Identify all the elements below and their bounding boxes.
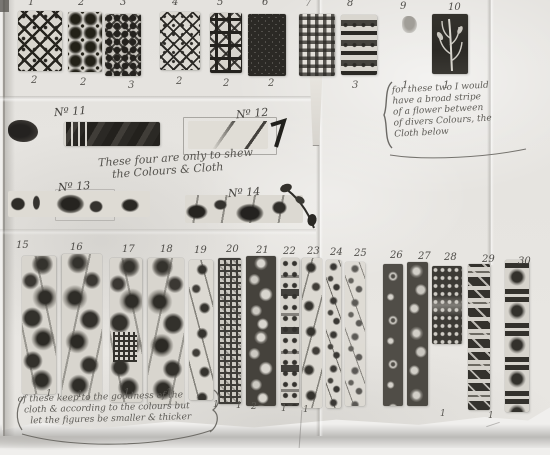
strip-number: 16 (70, 242, 83, 253)
fabric-swatch-5 (210, 13, 242, 73)
strip-number: 22 (283, 246, 296, 257)
floral-sprig-graphic (432, 14, 468, 74)
swatch-count: 2 (176, 76, 182, 87)
right-note: for these two I would have a broad strip… (392, 78, 535, 140)
strip-number: 17 (122, 244, 135, 255)
swatch-number: 8 (347, 0, 353, 9)
top-left-corner-mark (0, 0, 9, 12)
swatch-number: 7 (305, 0, 311, 9)
label-no-14: Nº 14 (228, 185, 261, 200)
ink-mark (268, 118, 288, 150)
fabric-strip-13 (8, 191, 150, 217)
strip-number: 23 (307, 246, 320, 257)
swatch-number: 6 (262, 0, 268, 8)
strip-number: 28 (444, 252, 457, 263)
fabric-swatch-6 (248, 14, 286, 76)
fabric-strip-18 (148, 258, 184, 404)
fabric-strip-19 (189, 260, 213, 400)
strip-count: 2 (251, 402, 257, 412)
strip-number: 20 (226, 244, 239, 255)
fabric-strip-28 (432, 266, 462, 344)
fabric-swatch-1 (18, 11, 62, 71)
label-no-13: Nº 13 (58, 179, 91, 194)
fabric-swatch-2 (68, 12, 102, 72)
fabric-strip-25 (345, 262, 365, 406)
strip-number: 19 (194, 245, 207, 256)
strip-count: 1 (303, 405, 309, 415)
swatch-count: 2 (31, 75, 37, 86)
strip-number: 18 (160, 244, 173, 255)
label-no-11: Nº 11 (54, 104, 87, 119)
fabric-strip-11 (64, 122, 160, 146)
strip-number: 30 (518, 256, 531, 267)
fabric-swatch-10 (432, 14, 468, 74)
strip-number: 24 (330, 247, 343, 258)
fabric-strip-22 (281, 258, 299, 406)
fabric-swatch-12 (188, 121, 268, 149)
fabric-strip-29 (468, 264, 490, 410)
swatch-number: 1 (28, 0, 34, 8)
horizontal-crease-lower (0, 229, 316, 235)
page-left-shadow (5, 0, 15, 436)
fabric-strip-23 (302, 258, 322, 408)
bottom-note: of these keep to the goodness of the clo… (18, 389, 219, 427)
strip-number: 25 (354, 248, 367, 259)
fabric-strip-21 (246, 256, 276, 406)
swatch-count: 3 (352, 80, 358, 91)
fabric-strip-26 (383, 264, 403, 406)
strip-17-check-patch (113, 332, 137, 362)
fabric-swatch-7 (299, 14, 335, 76)
strip-14-sprig-graphic (276, 176, 322, 234)
strip-number: 15 (16, 240, 29, 251)
fabric-swatch-4 (160, 12, 200, 70)
fabric-swatch-3 (105, 14, 141, 76)
strip-count: 1 (281, 404, 287, 414)
fabric-strip-15 (22, 256, 56, 394)
strip-number: 29 (482, 254, 495, 265)
horizontal-crease-upper (0, 96, 320, 102)
fabric-swatch-9-remnant (402, 16, 417, 33)
fabric-strip-20 (218, 258, 241, 404)
fabric-strip-27 (407, 262, 428, 406)
swatch-count: 2 (268, 78, 274, 89)
strip-number: 27 (418, 251, 431, 262)
strip-count: 1 (236, 401, 242, 411)
note-underline (388, 146, 528, 162)
fabric-strip-17 (110, 258, 142, 402)
swatch-number: 10 (448, 2, 461, 13)
fabric-strip-24 (326, 260, 341, 408)
strip-count: 1 (488, 411, 494, 421)
scanned-swatch-page: 1 2 3 4 5 6 7 8 9 10 2 2 3 2 2 2 3 1 1 N… (0, 0, 550, 455)
swatch-number: 4 (172, 0, 178, 8)
swatch-number: 5 (217, 0, 223, 8)
swatch-count: 2 (223, 78, 229, 89)
fabric-swatch-8 (341, 15, 377, 75)
fabric-strip-30 (505, 260, 529, 412)
strip-number: 21 (256, 245, 269, 256)
strip-number: 26 (390, 250, 403, 261)
swatch-number: 3 (120, 0, 126, 8)
swatch-11-fragment (8, 120, 38, 142)
fabric-strip-16 (62, 254, 102, 400)
swatch-number: 2 (78, 0, 84, 8)
swatch-count: 3 (128, 80, 134, 91)
strip-count: 1 (440, 409, 446, 419)
swatch-count: 2 (80, 77, 86, 88)
swatch-number: 9 (400, 1, 406, 12)
